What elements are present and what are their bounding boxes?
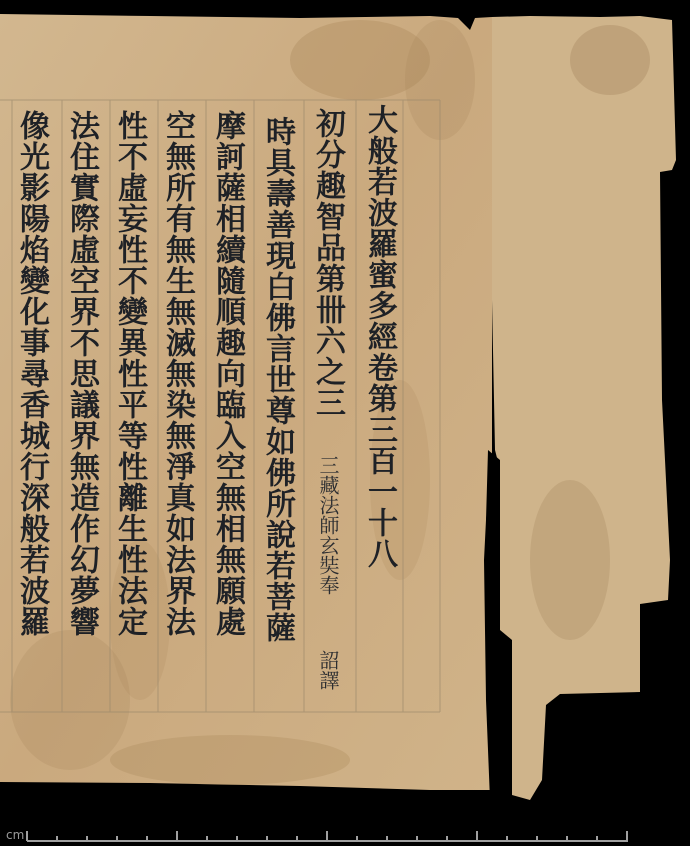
ruler-ticks (0, 800, 690, 846)
manuscript-photo: 大般若波羅蜜多經卷第三百一十八 初分趣智品第卌六之三 三藏法師玄奘奉 詔譯 時具… (0, 0, 690, 846)
text-line-3: 空無所有無生無滅無染無淨真如法界法 (162, 110, 192, 637)
text-line-2: 摩訶薩相續隨順趣向臨入空無相無願處 (212, 110, 242, 637)
translator-column: 三藏法師玄奘奉 (318, 455, 338, 595)
translator-column-2: 詔譯 (318, 650, 338, 690)
text-line-5: 法住實際虛空界不思議界無造作幻夢響 (66, 110, 96, 637)
scale-ruler: cm (0, 800, 690, 846)
text-line-1: 時具壽善現白佛言世尊如佛所說若菩薩 (262, 116, 292, 643)
chapter-title-column: 初分趣智品第卌六之三 (312, 108, 342, 418)
paper-fragment (0, 0, 690, 846)
text-line-4: 性不虛妄性不變異性平等性離生性法定 (114, 110, 144, 637)
text-line-6: 像光影陽焰變化事尋香城行深般若波羅 (16, 110, 46, 637)
sutra-title-column: 大般若波羅蜜多經卷第三百一十八 (364, 104, 394, 569)
